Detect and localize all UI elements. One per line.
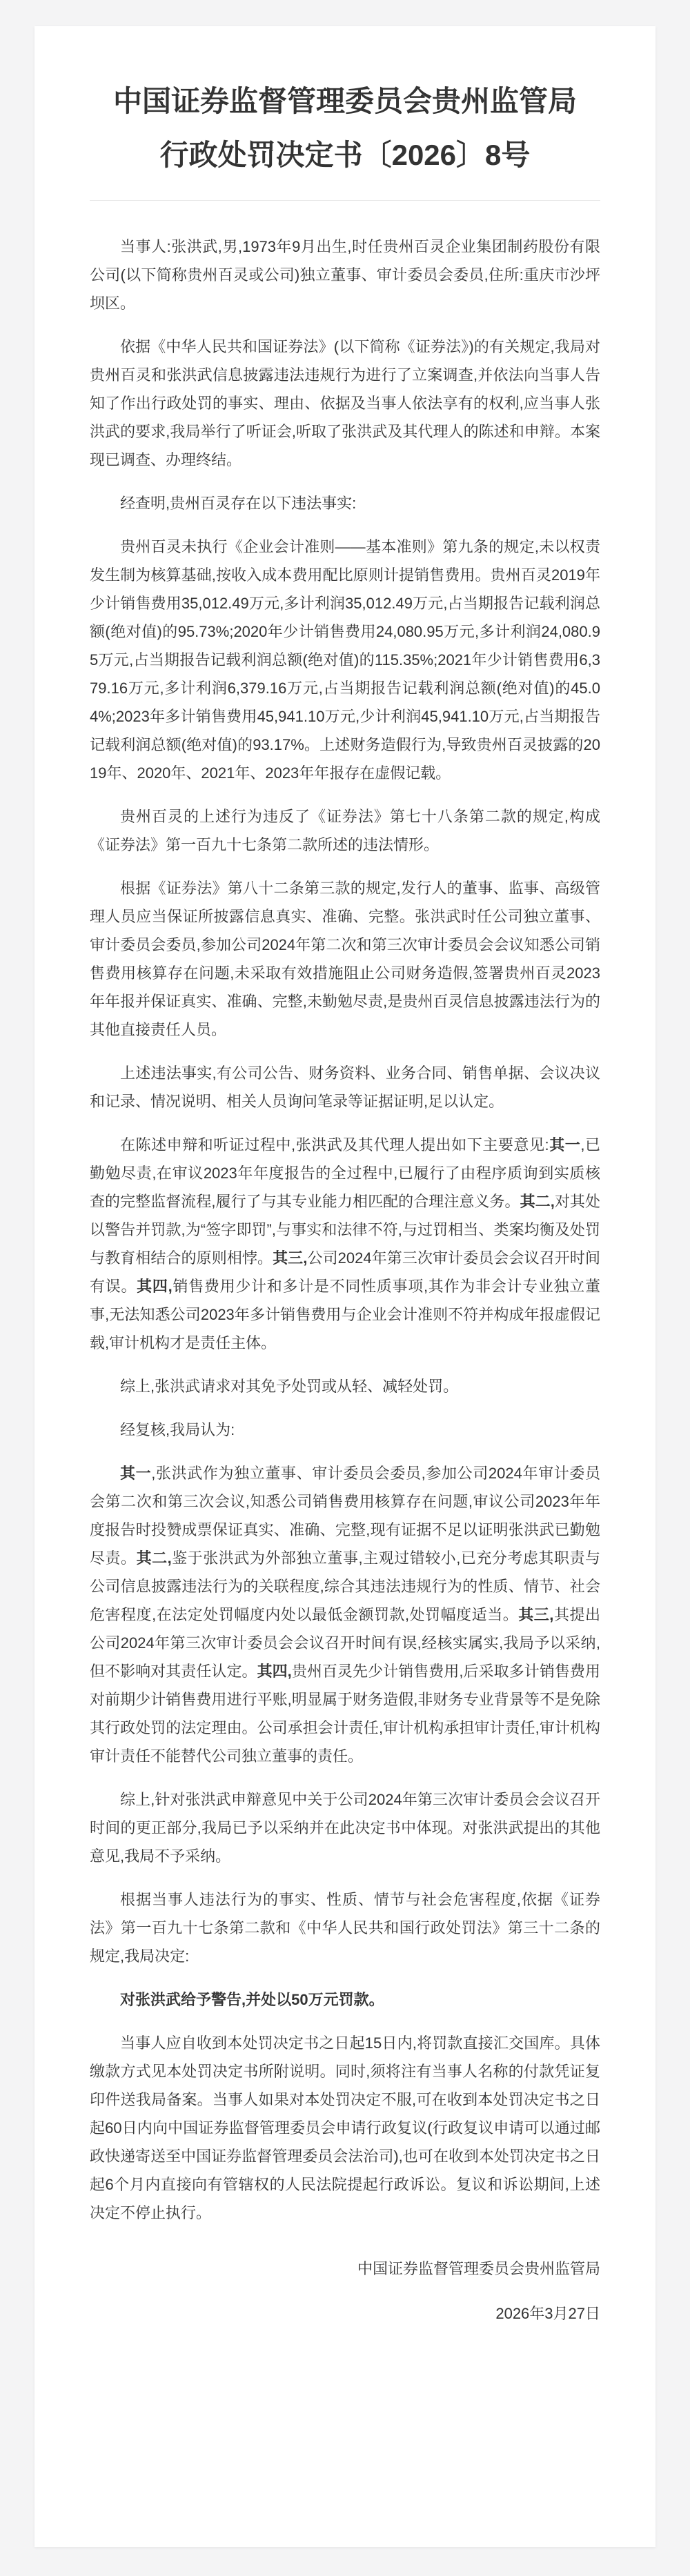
text-run: 根据《证券法》第八十二条第三款的规定,发行人的董事、监事、高级管理人员应当保证所… [90,880,600,1038]
paragraph: 其一,张洪武作为独立董事、审计委员会委员,参加公司2024年审计委员会第二次和第… [90,1459,600,1770]
emphasis-text: 其二, [137,1549,172,1567]
emphasis-text: 其三, [273,1249,307,1267]
title-line-2: 行政处罚决定书〔2026〕8号 [90,128,600,182]
paragraph: 综上,针对张洪武申辩意见中关于公司2024年第三次审计委员会会议召开时间的更正部… [90,1785,600,1870]
paragraph: 贵州百灵未执行《企业会计准则——基本准则》第九条的规定,未以权责发生制为核算基础… [90,533,600,787]
text-run: 当事人:张洪武,男,1973年9月出生,时任贵州百灵企业集团制药股份有限公司(以… [90,238,600,312]
document-title: 中国证券监督管理委员会贵州监管局 行政处罚决定书〔2026〕8号 [90,75,600,182]
signature-line: 中国证券监督管理委员会贵州监管局 [90,2255,600,2283]
emphasis-text: 其四, [137,1278,172,1295]
text-run: 2026年3月27日 [495,2305,600,2322]
paragraph: 经查明,贵州百灵存在以下违法事实: [90,489,600,517]
emphasis-text: 其二, [520,1193,555,1210]
paragraph: 经复核,我局认为: [90,1416,600,1444]
text-run: 上述违法事实,有公司公告、财务资料、业务合同、销售单据、会议决议和记录、情况说明… [90,1064,600,1110]
text-run: 中国证券监督管理委员会贵州监管局 [357,2260,600,2277]
text-run: 贵州百灵的上述行为违反了《证券法》第七十八条第二款的规定,构成《证券法》第一百九… [90,808,600,853]
paragraph: 当事人:张洪武,男,1973年9月出生,时任贵州百灵企业集团制药股份有限公司(以… [90,232,600,317]
decision-line: 对张洪武给予警告,并处以50万元罚款。 [90,1985,600,2014]
emphasis-text: 其三, [518,1606,553,1623]
emphasis-text: 其一 [120,1465,151,1482]
emphasis-text: 其一 [549,1136,581,1153]
title-line-1: 中国证券监督管理委员会贵州监管局 [90,75,600,128]
text-run: 综上,张洪武请求对其免予处罚或从轻、减轻处罚。 [120,1378,458,1395]
paragraph: 在陈述申辩和听证过程中,张洪武及其代理人提出如下主要意见:其一,已勤勉尽责,在审… [90,1131,600,1357]
text-run: 根据当事人违法行为的事实、性质、情节与社会危害程度,依据《证券法》第一百九十七条… [90,1891,600,1965]
paragraph: 贵州百灵的上述行为违反了《证券法》第七十八条第二款的规定,构成《证券法》第一百九… [90,802,600,859]
text-run: 当事人应自收到本处罚决定书之日起15日内,将罚款直接汇交国库。具体缴款方式见本处… [90,2034,600,2221]
document-body: 当事人:张洪武,男,1973年9月出生,时任贵州百灵企业集团制药股份有限公司(以… [90,232,600,2328]
text-run: 依据《中华人民共和国证券法》(以下简称《证券法》)的有关规定,我局对贵州百灵和张… [90,338,600,468]
signature-line: 2026年3月27日 [90,2299,600,2328]
text-run: 综上,针对张洪武申辩意见中关于公司2024年第三次审计委员会会议召开时间的更正部… [90,1791,600,1865]
paragraph: 根据《证券法》第八十二条第三款的规定,发行人的董事、监事、高级管理人员应当保证所… [90,874,600,1044]
text-run: 经复核,我局认为: [120,1421,235,1438]
text-run: 经查明,贵州百灵存在以下违法事实: [120,495,356,512]
paragraph: 根据当事人违法行为的事实、性质、情节与社会危害程度,依据《证券法》第一百九十七条… [90,1885,600,1970]
paragraph: 当事人应自收到本处罚决定书之日起15日内,将罚款直接汇交国库。具体缴款方式见本处… [90,2029,600,2227]
document-card: 中国证券监督管理委员会贵州监管局 行政处罚决定书〔2026〕8号 当事人:张洪武… [34,26,655,2547]
paragraph: 依据《中华人民共和国证券法》(以下简称《证券法》)的有关规定,我局对贵州百灵和张… [90,333,600,474]
text-run: 贵州百灵未执行《企业会计准则——基本准则》第九条的规定,未以权责发生制为核算基础… [90,538,600,782]
paragraph: 上述违法事实,有公司公告、财务资料、业务合同、销售单据、会议决议和记录、情况说明… [90,1059,600,1116]
emphasis-text: 对张洪武给予警告,并处以50万元罚款。 [120,1991,384,2008]
text-run: 在陈述申辩和听证过程中,张洪武及其代理人提出如下主要意见: [120,1136,549,1153]
emphasis-text: 其四, [257,1663,292,1680]
paragraph: 综上,张洪武请求对其免予处罚或从轻、减轻处罚。 [90,1372,600,1400]
title-divider [90,200,600,201]
